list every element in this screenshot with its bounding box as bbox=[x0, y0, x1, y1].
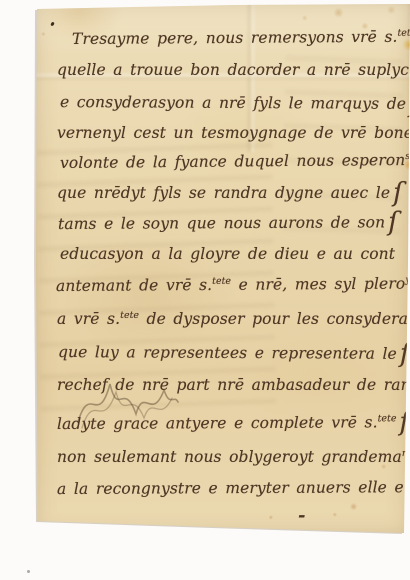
superscript-text: tete bbox=[120, 310, 139, 321]
letter-text: educasyon a la gloyre de dieu e au cont bbox=[60, 245, 395, 263]
letter-line: a vrē s.tete de dysposer pour les consyd… bbox=[57, 310, 410, 328]
letter-line: a la recongnystre e meryter anuers elle … bbox=[57, 478, 410, 498]
letter-text: de dysposer pour les consyderasy bbox=[139, 310, 410, 328]
letter-line: que nrēdyt fyls se randra dygne auec leſ bbox=[57, 184, 403, 202]
letter-text: que luy a representees e representera le bbox=[58, 343, 397, 363]
letter-line: que luy a representees e representera le… bbox=[58, 343, 410, 363]
superscript-text: tete bbox=[212, 276, 231, 287]
letter-text: quelle a trouue bon dacorder a nrē suply… bbox=[57, 61, 410, 79]
letter-text: Tresayme pere, nous remersyons vrē s. bbox=[72, 28, 398, 48]
manuscript-photo: Tresayme pere, nous remersyons vrē s.tet… bbox=[0, 0, 410, 580]
flourish-mark: ſ bbox=[400, 339, 410, 369]
superscript-text: tete bbox=[378, 413, 397, 424]
background-speck bbox=[27, 570, 30, 573]
letter-line: volonte de la fyance duquel nous esperon… bbox=[60, 151, 410, 172]
letter-text: e consyderasyon a nrē fyls le marquys de bbox=[60, 93, 406, 113]
letter-body: Tresayme pere, nous remersyons vrē s.tet… bbox=[34, 2, 410, 536]
letter-line: ladyte grace antyere e complete vrē s.te… bbox=[57, 413, 409, 433]
letter-text: ladyte grace antyere e complete vrē s. bbox=[57, 413, 378, 433]
letter-line: non seulemant nous oblygeroyt grandemant bbox=[57, 448, 410, 466]
letter-text: volonte de la fyance duquel nous esperon bbox=[60, 151, 405, 172]
letter-line: antemant de vrē s.tete e nrē, mes syl pl… bbox=[56, 274, 410, 295]
letter-text: tams e le soyn que nous aurons de son bbox=[58, 213, 385, 233]
letter-line: educasyon a la gloyre de dieu e au cont bbox=[60, 245, 395, 263]
letter-line: tams e le soyn que nous aurons de sonſ bbox=[58, 213, 398, 233]
letter-line: quelle a trouue bon dacorder a nrē suply… bbox=[57, 61, 410, 79]
flourish-mark: ſ bbox=[393, 178, 403, 208]
letter-paper: Tresayme pere, nous remersyons vrē s.tet… bbox=[34, 2, 410, 536]
letter-text: non seulemant nous oblygeroyt grandema bbox=[57, 448, 402, 466]
letter-text: vernenyl cest un tesmoygnage de vrē bone… bbox=[57, 124, 410, 142]
letter-line: e consyderasyon a nrē fyls le marquys de… bbox=[60, 93, 410, 113]
letter-text: que nrēdyt fyls se randra dygne auec le bbox=[57, 184, 390, 202]
flourish-mark: ſ bbox=[399, 407, 409, 437]
superscript-text: s bbox=[405, 151, 410, 162]
letter-text: a la recongnystre e meryter anuers elle … bbox=[57, 478, 410, 498]
flourish-mark: ſ bbox=[388, 207, 398, 237]
letter-line: rechef de nrē part nrē ambasadeur de ran… bbox=[57, 376, 410, 394]
letter-text: a vrē s. bbox=[57, 310, 120, 328]
letter-line: vernenyl cest un tesmoygnage de vrē bone… bbox=[57, 124, 410, 142]
superscript-text: tete bbox=[397, 28, 410, 39]
letter-text: rechef de nrē part nrē ambasadeur de ran bbox=[57, 376, 410, 394]
superscript-text: nt bbox=[402, 448, 410, 459]
end-mark: - bbox=[298, 505, 305, 526]
letter-line: Tresayme pere, nous remersyons vrē s.tet… bbox=[72, 27, 410, 48]
superscript-text: yt bbox=[405, 274, 410, 285]
letter-text: antemant de vrē s. bbox=[56, 276, 212, 295]
letter-text: e nrē, mes syl plero bbox=[231, 275, 405, 294]
